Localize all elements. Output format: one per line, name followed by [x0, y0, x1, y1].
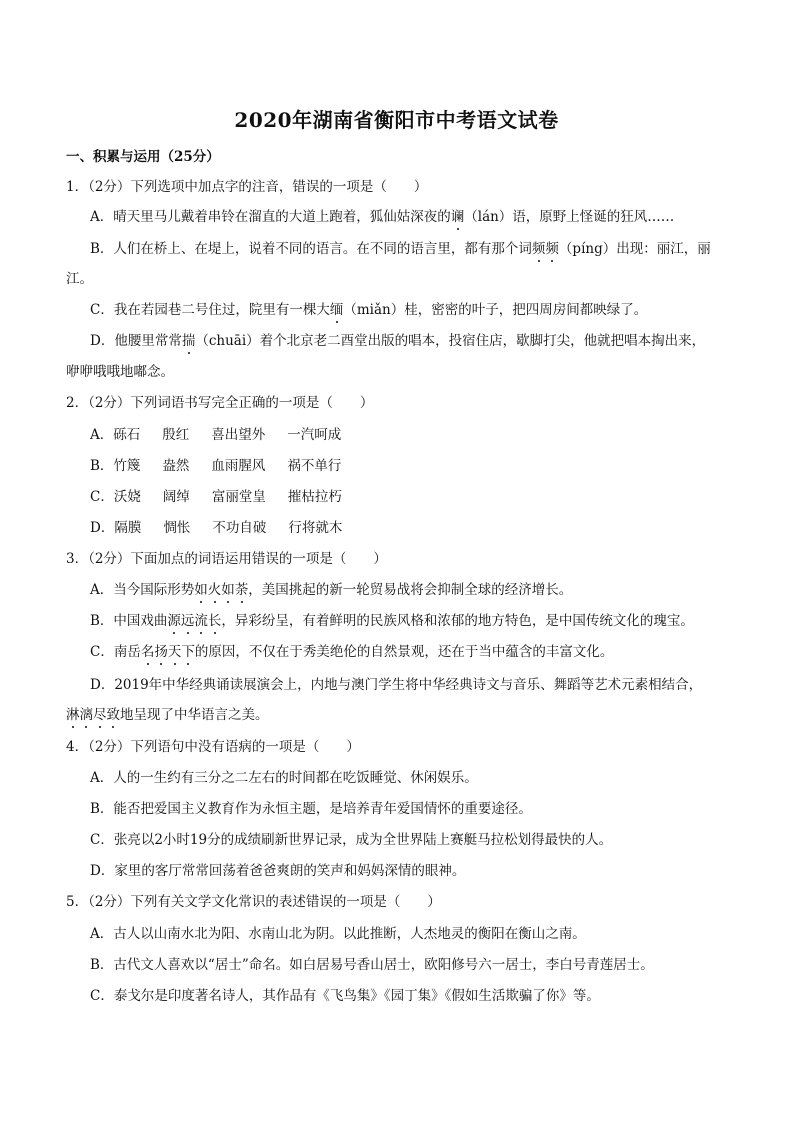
emphasized-char: 揣	[182, 333, 196, 349]
question-3-option-c: C．南岳名扬天下的原因，不仅在于秀美绝伦的自然景观，还在于当中蕴含的丰富文化。	[90, 643, 613, 661]
question-5-stem: 5．（2分）下列有关文学文化常识的表述错误的一项是（ ）	[66, 893, 441, 911]
word: B．竹篾	[90, 457, 140, 475]
emphasized-char: 频频	[532, 241, 559, 257]
option-text: A．晴天里马儿戴着串铃在溜直的大道上跑着，狐仙姑深夜的	[90, 209, 451, 225]
option-text: 的原因，不仅在于秀美绝伦的自然景观，还在于当中蕴含的丰富文化。	[195, 644, 614, 660]
word: 不功自破	[212, 519, 266, 537]
question-3-option-a: A．当今国际形势如火如荼，美国挑起的新一轮贸易战将会抑制全球的经济增长。	[90, 581, 572, 599]
word: 殷红	[162, 426, 189, 444]
word: 喜出望外	[211, 426, 265, 444]
word: 祸不单行	[287, 457, 341, 475]
question-4-option-a: A．人的一生约有三分之二左右的时间都在吃饭睡觉、休闲娱乐。	[90, 769, 478, 787]
question-1-option-c: C．我在若园巷二号住过，院里有一棵大缅（miǎn）桂，密密的叶子，把四周房间都映…	[90, 301, 647, 319]
option-text: （lán）语，原野上怪诞的狂风……	[464, 209, 674, 225]
word: 血雨腥风	[211, 457, 265, 475]
question-1-option-d-continued: 咿咿哦哦地嘟念。	[66, 363, 174, 381]
word: 盎然	[162, 457, 189, 475]
word: 惆怅	[163, 519, 190, 537]
option-text: ，美国挑起的新一轮贸易战将会抑制全球的经济增长。	[248, 582, 572, 598]
word: C．沃娆	[90, 488, 141, 506]
option-text: B．中国戏曲	[90, 613, 167, 629]
emphasized-phrase: 如火如荼	[194, 582, 248, 598]
question-4-option-b: B．能否把爱国主义教育作为永恒主题，是培养青年爱国情怀的重要途径。	[90, 800, 532, 818]
question-1-option-b-continued: 江。	[66, 270, 93, 288]
question-4-stem: 4．（2分）下列语句中没有语病的一项是（ ）	[66, 738, 360, 756]
section-heading: 一、积累与运用（25分）	[66, 148, 220, 166]
question-2-option-c: C．沃娆阔绰富丽堂皇摧枯拉朽	[90, 488, 364, 506]
option-text: B．人们在桥上、在堤上，说着不同的语言。在不同的语言里，都有那个词	[90, 241, 532, 257]
option-text: （chuāi）着个北京老二酉堂出版的唱本，投宿住店，歇脚打尖，他就把唱本掏出来，	[195, 333, 705, 349]
question-5-option-c: C．泰戈尔是印度著名诗人，其作品有《飞鸟集》《园丁集》《假如生活欺骗了你》等。	[90, 987, 600, 1005]
question-5-option-b: B．古代文人喜欢以“居士”命名。如白居易号香山居士，欧阳修号六一居士，李白号青莲…	[90, 956, 654, 974]
question-2-option-d: D．隔膜惆怅不功自破行将就木	[90, 519, 364, 537]
exam-page: 2020年湖南省衡阳市中考语文试卷 一、积累与运用（25分） 1．（2分）下列选…	[0, 0, 793, 1122]
word: 摧枯拉朽	[288, 488, 342, 506]
word: 阔绰	[163, 488, 190, 506]
question-2-stem: 2．（2分）下列词语书写完全正确的一项是（ ）	[66, 394, 373, 412]
word: 富丽堂皇	[212, 488, 266, 506]
question-4-option-c: C．张亮以2小时19分的成绩刷新世界记录，成为全世界陆上赛艇马拉松划得最快的人。	[90, 831, 612, 849]
word: 一汽呵成	[287, 426, 341, 444]
question-1-option-a: A．晴天里马儿戴着串铃在溜直的大道上跑着，狐仙姑深夜的谰（lán）语，原野上怪诞…	[90, 208, 674, 226]
question-1-option-d: D．他腰里常常揣（chuāi）着个北京老二酉堂出版的唱本，投宿住店，歇脚打尖，他…	[90, 332, 705, 350]
option-text: C．南岳	[90, 644, 141, 660]
question-2-option-a: A．砾石殷红喜出望外一汽呵成	[90, 426, 363, 444]
option-text: ，异彩纷呈，有着鲜明的民族风格和浓郁的地方特色，是中国传统文化的瑰宝。	[221, 613, 694, 629]
emphasized-phrase: 淋漓尽致	[66, 707, 120, 723]
option-text: （píng）出现：丽江，丽	[559, 241, 711, 257]
page-title: 2020年湖南省衡阳市中考语文试卷	[0, 104, 793, 133]
emphasized-phrase: 源远流长	[167, 613, 221, 629]
option-text: D．他腰里常常	[90, 333, 182, 349]
word: A．砾石	[90, 426, 140, 444]
question-1-stem: 1．（2分）下列选项中加点字的注音，错误的一项是（ ）	[66, 178, 427, 196]
emphasized-char: 谰	[451, 209, 465, 225]
option-text: C．我在若园巷二号住过，院里有一棵大	[90, 302, 330, 318]
question-3-stem: 3．（2分）下面加点的词语运用错误的一项是（ ）	[66, 550, 387, 568]
word: D．隔膜	[90, 519, 141, 537]
option-text: （miǎn）桂，密密的叶子，把四周房间都映绿了。	[343, 302, 647, 318]
question-5-option-a: A．古人以山南水北为阳、水南山北为阴。以此推断，人杰地灵的衡阳在衡山之南。	[90, 925, 586, 943]
word: 行将就木	[288, 519, 342, 537]
question-3-option-b: B．中国戏曲源远流长，异彩纷呈，有着鲜明的民族风格和浓郁的地方特色，是中国传统文…	[90, 612, 694, 630]
question-2-option-b: B．竹篾盎然血雨腥风祸不单行	[90, 457, 363, 475]
question-1-option-b: B．人们在桥上、在堤上，说着不同的语言。在不同的语言里，都有那个词频频（píng…	[90, 240, 711, 258]
option-text: 地呈现了中华语言之美。	[120, 707, 269, 723]
question-3-option-d: D．2019年中华经典诵读展演会上，内地与澳门学生将中华经典诗文与音乐、舞蹈等艺…	[90, 676, 702, 694]
option-text: A．当今国际形势	[90, 582, 194, 598]
question-3-option-d-continued: 淋漓尽致地呈现了中华语言之美。	[66, 706, 269, 724]
emphasized-phrase: 名扬天下	[141, 644, 195, 660]
question-4-option-d: D．家里的客厅常常回荡着爸爸爽朗的笑声和妈妈深情的眼神。	[90, 862, 465, 880]
emphasized-char: 缅	[330, 302, 344, 318]
